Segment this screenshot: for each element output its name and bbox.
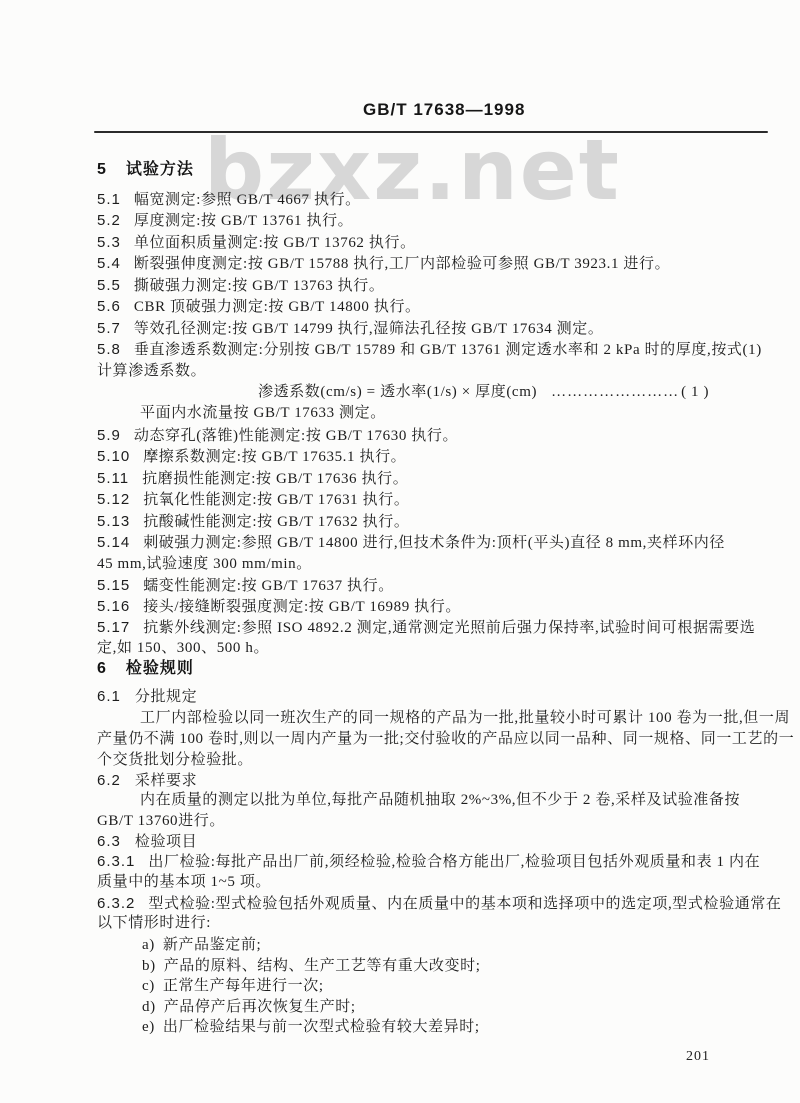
- condition-e: e)出厂检验结果与前一次型式检验有较大差异时;: [142, 1018, 480, 1037]
- section-6-title: 检验规则: [126, 660, 194, 677]
- clause-text: 垂直渗透系数测定:分别按 GB/T 15789 和 GB/T 13761 测定透…: [134, 342, 762, 358]
- clause-number: 5.17: [97, 619, 130, 636]
- clause-6-3-1-continuation: 质量中的基本项 1~5 项。: [97, 873, 271, 892]
- clause-number: 6.1: [97, 688, 121, 705]
- condition-a: a)新产品鉴定前;: [142, 936, 261, 955]
- condition-label: e): [142, 1019, 155, 1035]
- clause-number: 5.7: [97, 320, 121, 337]
- clause-number: 5.11: [97, 470, 129, 487]
- clause-5-15: 5.15蠕变性能测定:按 GB/T 17637 执行。: [97, 576, 394, 596]
- clause-text: 接头/接缝断裂强度测定:按 GB/T 16989 执行。: [143, 599, 461, 615]
- clause-6-1-paragraph-line-3: 个交货批划分检验批。: [97, 751, 253, 770]
- formula-note: 平面内水流量按 GB/T 17633 测定。: [140, 404, 386, 423]
- clause-title-text: 检验项目: [135, 834, 197, 850]
- clause-6-3-1: 6.3.1出厂检验:每批产品出厂前,须经检验,检验合格方能出厂,检验项目包括外观…: [97, 852, 760, 872]
- condition-label: a): [142, 937, 155, 953]
- formula-dot-leader: ……………………: [551, 384, 679, 400]
- clause-number: 5.1: [97, 191, 121, 208]
- condition-text: 产品的原料、结构、生产工艺等有重大改变时;: [164, 958, 481, 974]
- clause-number: 6.3: [97, 833, 121, 850]
- clause-text: 摩擦系数测定:按 GB/T 17635.1 执行。: [143, 449, 406, 465]
- clause-text: 型式检验:型式检验包括外观质量、内在质量中的基本项和选择项中的选定项,型式检验通…: [148, 896, 781, 912]
- clause-5-13: 5.13抗酸碱性能测定:按 GB/T 17632 执行。: [97, 512, 409, 532]
- clause-title-text: 采样要求: [135, 773, 197, 789]
- clause-5-12: 5.12抗氧化性能测定:按 GB/T 17631 执行。: [97, 490, 409, 510]
- clause-number: 6.3.1: [97, 853, 135, 870]
- header-rule: [94, 131, 768, 133]
- condition-d: d)产品停产后再次恢复生产时;: [142, 998, 356, 1017]
- condition-label: d): [142, 999, 156, 1015]
- clause-5-3: 5.3单位面积质量测定:按 GB/T 13762 执行。: [97, 233, 416, 253]
- clause-number: 6.3.2: [97, 895, 135, 912]
- clause-6-3-2: 6.3.2型式检验:型式检验包括外观质量、内在质量中的基本项和选择项中的选定项,…: [97, 894, 782, 914]
- condition-text: 正常生产每年进行一次;: [163, 978, 324, 994]
- clause-number: 5.3: [97, 234, 121, 251]
- clause-6-1-title: 6.1分批规定: [97, 687, 197, 707]
- section-6-number: 6: [97, 660, 107, 677]
- clause-text: 幅宽测定:参照 GB/T 4667 执行。: [134, 192, 361, 208]
- clause-6-3-2-continuation: 以下情形时进行:: [97, 914, 211, 933]
- clause-title-text: 分批规定: [135, 689, 197, 705]
- condition-c: c)正常生产每年进行一次;: [142, 977, 324, 996]
- clause-6-2-paragraph-line-1: 内在质量的测定以批为单位,每批产品随机抽取 2%~3%,但不少于 2 卷,采样及…: [140, 791, 740, 810]
- condition-label: c): [142, 978, 155, 994]
- clause-6-3-title: 6.3检验项目: [97, 832, 197, 852]
- clause-text: 抗紫外线测定:参照 ISO 4892.2 测定,通常测定光照前后强力保持率,试验…: [143, 620, 755, 636]
- section-6-heading: 6检验规则: [97, 655, 194, 678]
- clause-text: 抗磨损性能测定:按 GB/T 17636 执行。: [142, 471, 408, 487]
- clause-5-1: 5.1幅宽测定:参照 GB/T 4667 执行。: [97, 190, 361, 210]
- clause-number: 5.4: [97, 255, 121, 272]
- clause-number: 5.13: [97, 513, 130, 530]
- clause-5-17: 5.17抗紫外线测定:参照 ISO 4892.2 测定,通常测定光照前后强力保持…: [97, 618, 755, 638]
- clause-5-10: 5.10摩擦系数测定:按 GB/T 17635.1 执行。: [97, 447, 406, 467]
- clause-number: 5.15: [97, 577, 130, 594]
- clause-6-2-paragraph-line-2: GB/T 13760进行。: [97, 812, 225, 831]
- clause-number: 5.12: [97, 491, 130, 508]
- clause-text: 出厂检验:每批产品出厂前,须经检验,检验合格方能出厂,检验项目包括外观质量和表 …: [148, 854, 760, 870]
- clause-5-2: 5.2厚度测定:按 GB/T 13761 执行。: [97, 211, 353, 231]
- clause-number: 5.5: [97, 277, 121, 294]
- condition-text: 产品停产后再次恢复生产时;: [164, 999, 356, 1015]
- clause-6-2-title: 6.2采样要求: [97, 771, 197, 791]
- clause-text: 断裂强伸度测定:按 GB/T 15788 执行,工厂内部检验可参照 GB/T 3…: [134, 256, 670, 272]
- clause-6-1-paragraph-line-1: 工厂内部检验以同一班次生产的同一规格的产品为一批,批量较小时可累计 100 卷为…: [140, 709, 790, 728]
- page-number: 201: [686, 1049, 710, 1065]
- clause-text: 单位面积质量测定:按 GB/T 13762 执行。: [134, 235, 416, 251]
- clause-5-14-continuation: 45 mm,试验速度 300 mm/min。: [97, 555, 312, 574]
- clause-number: 5.8: [97, 341, 121, 358]
- formula-label: ( 1 ): [681, 384, 709, 400]
- clause-text: 动态穿孔(落锥)性能测定:按 GB/T 17630 执行。: [134, 428, 458, 444]
- clause-5-11: 5.11抗磨损性能测定:按 GB/T 17636 执行。: [97, 469, 408, 489]
- clause-number: 5.9: [97, 427, 121, 444]
- section-5-number: 5: [97, 161, 107, 178]
- clause-text: 蠕变性能测定:按 GB/T 17637 执行。: [143, 578, 394, 594]
- condition-label: b): [142, 958, 156, 974]
- clause-text: 厚度测定:按 GB/T 13761 执行。: [134, 213, 353, 229]
- clause-text: 抗氧化性能测定:按 GB/T 17631 执行。: [143, 492, 409, 508]
- clause-text: 刺破强力测定:参照 GB/T 14800 进行,但技术条件为:顶杆(平头)直径 …: [143, 535, 725, 551]
- condition-b: b)产品的原料、结构、生产工艺等有重大改变时;: [142, 957, 480, 976]
- clause-5-5: 5.5撕破强力测定:按 GB/T 13763 执行。: [97, 276, 384, 296]
- clause-5-14: 5.14刺破强力测定:参照 GB/T 14800 进行,但技术条件为:顶杆(平头…: [97, 533, 725, 553]
- clause-5-8: 5.8垂直渗透系数测定:分别按 GB/T 15789 和 GB/T 13761 …: [97, 340, 762, 360]
- clause-text: CBR 顶破强力测定:按 GB/T 14800 执行。: [134, 299, 421, 315]
- clause-number: 5.6: [97, 298, 121, 315]
- standard-number-header: GB/T 17638—1998: [363, 100, 525, 120]
- clause-text: 等效孔径测定:按 GB/T 14799 执行,湿筛法孔径按 GB/T 17634…: [134, 321, 604, 337]
- formula-1: 渗透系数(cm/s) = 透水率(1/s) × 厚度(cm)……………………( …: [258, 383, 709, 402]
- clause-number: 5.16: [97, 598, 130, 615]
- clause-text: 抗酸碱性能测定:按 GB/T 17632 执行。: [143, 514, 409, 530]
- clause-number: 5.2: [97, 212, 121, 229]
- condition-text: 新产品鉴定前;: [163, 937, 261, 953]
- clause-number: 5.10: [97, 448, 130, 465]
- clause-5-9: 5.9动态穿孔(落锥)性能测定:按 GB/T 17630 执行。: [97, 426, 458, 446]
- clause-6-1-paragraph-line-2: 产量仍不满 100 卷时,则以一周内产量为一批;交付验收的产品应以同一品种、同一…: [97, 730, 794, 749]
- clause-5-16: 5.16接头/接缝断裂强度测定:按 GB/T 16989 执行。: [97, 597, 461, 617]
- clause-5-6: 5.6CBR 顶破强力测定:按 GB/T 14800 执行。: [97, 297, 421, 317]
- clause-5-8-continuation: 计算渗透系数。: [97, 362, 206, 381]
- formula-expression: 渗透系数(cm/s) = 透水率(1/s) × 厚度(cm): [258, 384, 537, 400]
- document-page: bzxz.net GB/T 17638—1998 5试验方法 5.1幅宽测定:参…: [0, 0, 800, 1103]
- clause-number: 5.14: [97, 534, 130, 551]
- clause-5-7: 5.7等效孔径测定:按 GB/T 14799 执行,湿筛法孔径按 GB/T 17…: [97, 319, 603, 339]
- clause-text: 撕破强力测定:按 GB/T 13763 执行。: [134, 278, 385, 294]
- section-5-title: 试验方法: [126, 161, 194, 178]
- condition-text: 出厂检验结果与前一次型式检验有较大差异时;: [163, 1019, 480, 1035]
- clause-number: 6.2: [97, 772, 121, 789]
- clause-5-4: 5.4断裂强伸度测定:按 GB/T 15788 执行,工厂内部检验可参照 GB/…: [97, 254, 670, 274]
- section-5-heading: 5试验方法: [97, 156, 194, 179]
